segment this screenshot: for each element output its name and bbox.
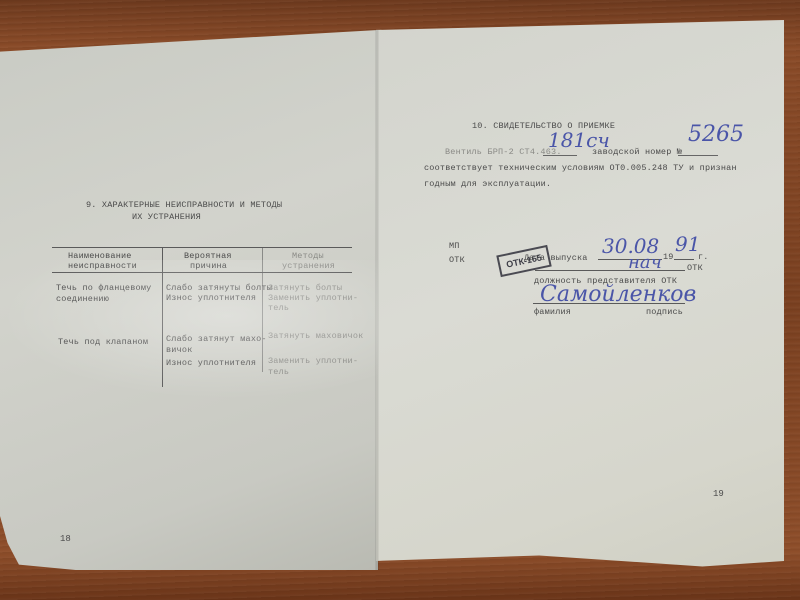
header-remedy-line2: устранения: [282, 261, 335, 271]
year-prefix: 19: [663, 252, 674, 262]
handwritten-year: 91: [675, 232, 700, 256]
certificate-line3: годным для эксплуатации.: [424, 179, 551, 189]
otk-label: ОТК: [449, 255, 465, 265]
position-underline: [535, 270, 685, 271]
row2-cause-2: вичок: [166, 345, 193, 355]
section-9-title: 9. ХАРАКТЕРНЫЕ НЕИСПРАВНОСТИ И МЕТОДЫ: [86, 200, 282, 210]
table-col-divider-1: [162, 247, 163, 387]
table-col-divider-2: [262, 247, 263, 372]
serial-underline: [678, 155, 718, 156]
page-number-left: 18: [60, 534, 71, 544]
surname-underline: [533, 303, 685, 304]
book-gutter: [375, 30, 379, 570]
row1-remedy-1: Затянуть болты: [268, 283, 342, 293]
header-fault: Наименование: [68, 251, 132, 261]
year-underline: [674, 259, 694, 260]
page-number-right: 19: [713, 489, 724, 499]
row2-cause-3: Износ уплотнителя: [166, 358, 256, 368]
row1-fault-line2: соединению: [56, 294, 109, 304]
release-date-label: Дата выпуска: [524, 253, 588, 263]
table-header-border: [52, 272, 352, 273]
row2-remedy-2: Заменить уплотни-: [268, 356, 358, 366]
code-underline: [543, 155, 577, 156]
handwritten-serial: 5265: [688, 122, 744, 147]
surname-caption: фамилия: [534, 307, 571, 317]
row1-cause-1: Слабо затянуты болты: [166, 283, 272, 293]
header-cause: Вероятная: [184, 251, 232, 261]
year-suffix: г.: [698, 252, 709, 262]
table-top-border: [52, 247, 352, 248]
row2-remedy-3: тель: [268, 367, 289, 377]
header-fault-line2: неисправности: [68, 261, 137, 271]
section-9-title-line2: ИХ УСТРАНЕНИЯ: [132, 212, 201, 222]
header-cause-line2: причина: [190, 261, 227, 271]
row1-fault: Течь по фланцевому: [56, 283, 151, 293]
otk-suffix: ОТК: [687, 263, 703, 273]
row1-remedy-2: Заменить уплотни-: [268, 293, 358, 303]
mp-label: МП: [449, 241, 460, 251]
header-remedy: Методы: [292, 251, 324, 261]
certificate-line2: соответствует техническим условиям ОТ0.0…: [424, 163, 737, 173]
row1-remedy-3: тель: [268, 303, 289, 313]
row1-cause-2: Износ уплотнителя: [166, 293, 256, 303]
handwritten-position: нач: [628, 252, 662, 273]
signature-caption: подпись: [646, 307, 683, 317]
certificate-line1-middle: заводской номер №: [592, 147, 682, 157]
row2-fault: Течь под клапаном: [58, 337, 148, 347]
row2-remedy-1: Затянуть маховичок: [268, 331, 363, 341]
row2-cause-1: Слабо затянут махо-: [166, 334, 267, 344]
